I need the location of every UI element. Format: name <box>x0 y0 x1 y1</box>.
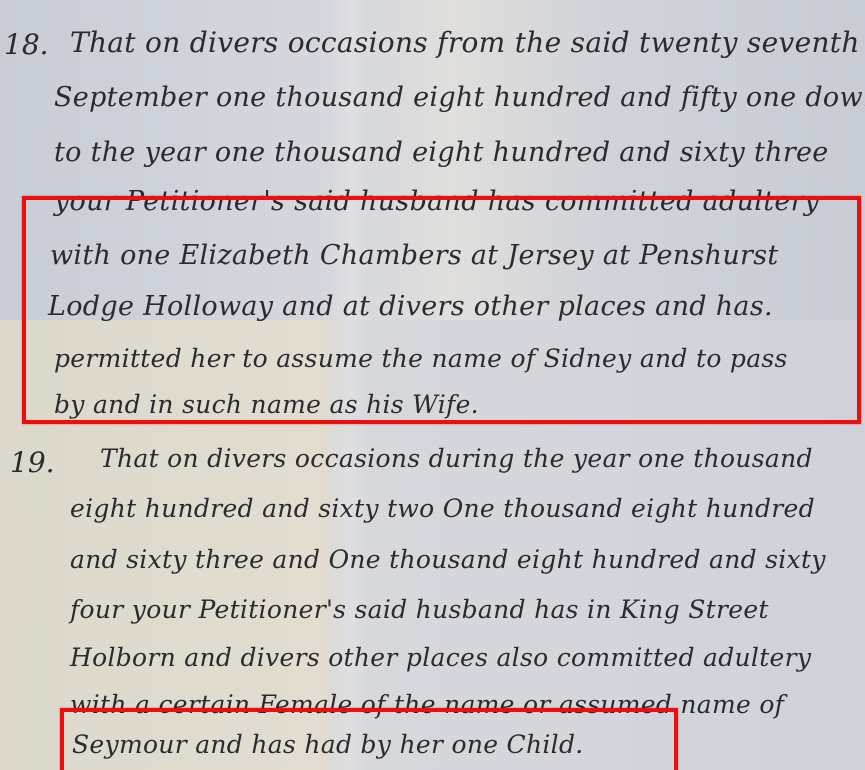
handwritten-line: to the year one thousand eight hundred a… <box>54 137 829 168</box>
handwritten-line: four your Petitioner's said husband has … <box>70 595 769 624</box>
handwritten-line: September one thousand eight hundred and… <box>54 82 865 113</box>
highlight-box-elizabeth-chambers <box>22 196 861 424</box>
scanned-document-page: 18. That on divers occasions from the sa… <box>0 0 865 770</box>
highlight-box-seymour-child <box>60 708 678 770</box>
handwritten-line: That on divers occasions from the said t… <box>70 26 860 59</box>
handwritten-line: and sixty three and One thousand eight h… <box>70 545 826 574</box>
handwritten-line: Holborn and divers other places also com… <box>70 643 811 672</box>
handwritten-line: eight hundred and sixty two One thousand… <box>70 494 815 523</box>
paragraph-number-18: 18. <box>4 28 49 61</box>
handwritten-line: That on divers occasions during the year… <box>100 444 813 473</box>
paragraph-number-19: 19. <box>10 446 55 479</box>
